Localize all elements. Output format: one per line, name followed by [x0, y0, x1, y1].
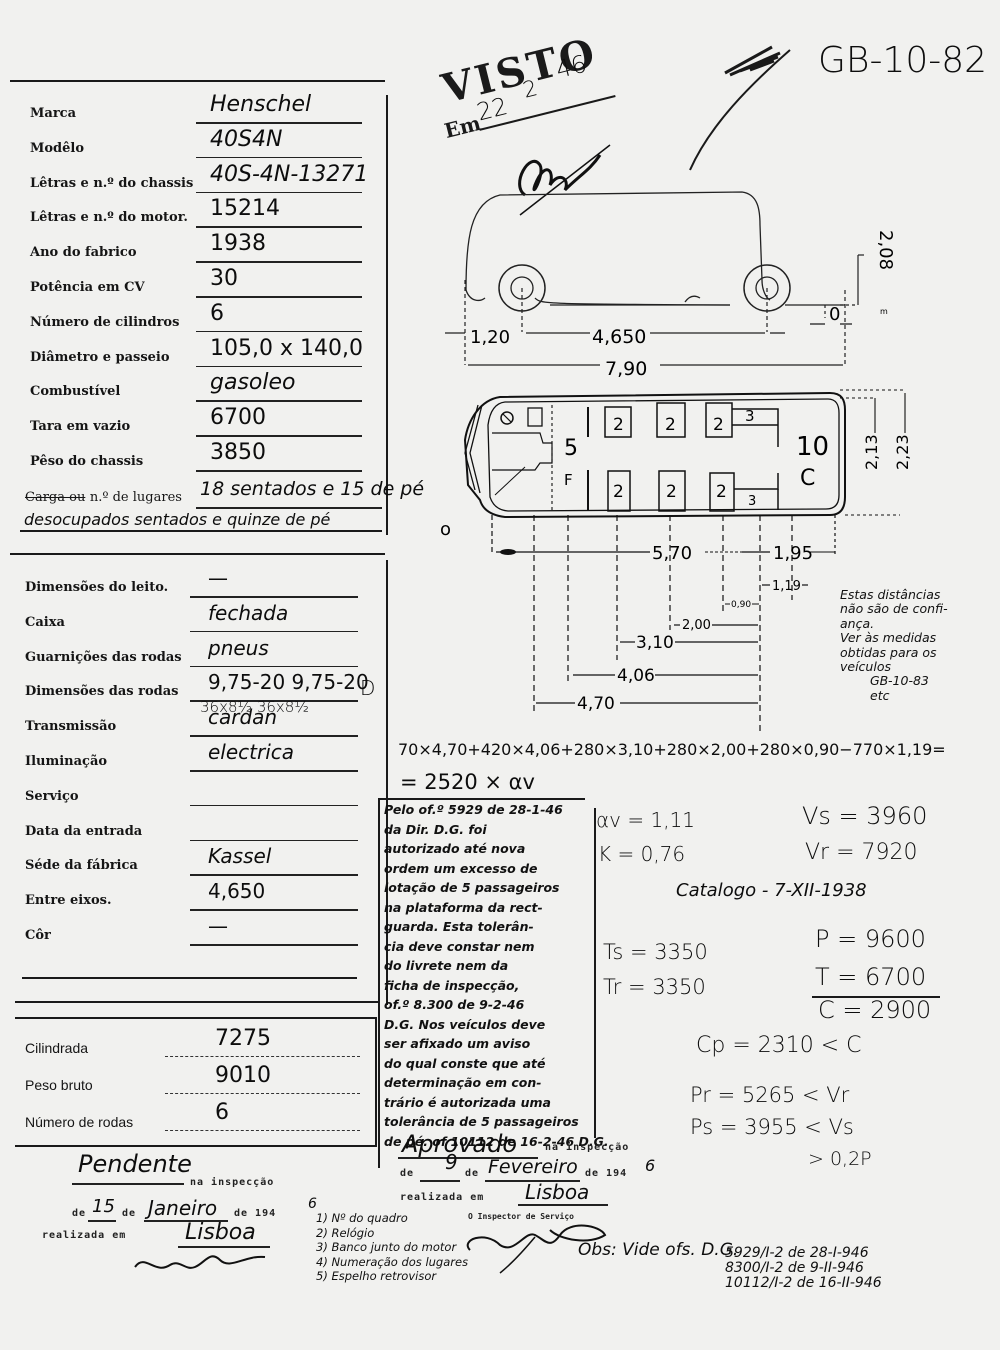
inspection-1-day: 15	[92, 1196, 115, 1217]
plan-front-sub: F	[564, 471, 573, 489]
side-note-line: Ver às medidas	[840, 631, 948, 645]
registration-code: GB-10-82	[818, 40, 987, 81]
form-field-label: Modêlo	[30, 141, 84, 156]
boxed-note-line: guarda. Esta tolerân-	[384, 917, 599, 937]
form-field-line	[165, 1093, 360, 1094]
form-field-label: Data da entrada	[25, 824, 142, 839]
calc-ts: Ts = 3350	[603, 940, 708, 964]
inspection-2-de-connector: de	[465, 1168, 479, 1179]
plan-dim-main: 5,70	[652, 543, 692, 564]
form-field-line	[190, 596, 358, 598]
section-3-top	[15, 1017, 375, 1019]
form-field-line	[190, 944, 358, 946]
boxed-note: Pelo of.º 5929 de 28-1-46da Dir. D.G. fo…	[384, 800, 599, 1151]
form-field-line	[190, 735, 358, 737]
form-field-line	[196, 261, 362, 263]
form-field-line	[196, 400, 362, 402]
form-field-value: 4,650	[208, 879, 265, 903]
form-field-value: 105,0 x 140,0	[210, 336, 363, 361]
side-note-line: obtidas para os	[840, 646, 948, 660]
plan-dim-3-10: 3,10	[636, 633, 674, 653]
boxed-note-line: ser afixado um aviso	[384, 1034, 599, 1054]
form-right-border-1	[386, 95, 388, 535]
calc-catalog: Catalogo - 7-XII-1938	[676, 880, 867, 901]
form-field-label: Séde da fábrica	[25, 858, 138, 873]
inspection-1-signature	[125, 1245, 275, 1285]
capacity-fill-line-2	[20, 530, 382, 532]
inspection-2-day: 9	[445, 1150, 458, 1174]
side-unit-mark: m	[880, 307, 888, 316]
plan-dim-2-00: 2,00	[682, 618, 711, 633]
form-field-line	[190, 840, 358, 842]
side-note-line: etc	[840, 689, 948, 703]
form-field-line	[196, 366, 362, 368]
form-field-line	[196, 435, 362, 437]
form-field-label: Caixa	[25, 615, 65, 630]
visto-em: Em	[442, 111, 483, 143]
calc-k: K = 0,76	[598, 842, 685, 866]
inspection-2-year-prefix: de 194	[585, 1168, 627, 1179]
observation-prefix: Obs: Vide ofs. D.G.	[578, 1240, 738, 1260]
inspection-2-day-line	[420, 1180, 460, 1182]
boxed-note-line: of.º 8.300 de 9-2-46	[384, 995, 599, 1015]
form-field-line	[196, 226, 362, 228]
form-field-label: Serviço	[25, 789, 79, 804]
boxed-note-line: tolerância de 5 passageiros	[384, 1112, 599, 1132]
observation-line: 10112/I-2 de 16-II-946	[725, 1276, 882, 1291]
form-field-line	[196, 157, 362, 159]
side-note-line: ança.	[840, 617, 948, 631]
section-3-bottom	[15, 1145, 377, 1147]
calc-pr: Pr = 5265 < Vr	[690, 1083, 849, 1107]
calc-ps: Ps = 3955 < Vs	[690, 1115, 854, 1139]
capacity-label-struck: Carga ou	[25, 490, 85, 505]
inspection-1-year-suffix: 6	[308, 1196, 317, 1212]
form-field-label: Potência em CV	[30, 280, 145, 295]
inspection-1-printed-text: na inspecção	[190, 1177, 274, 1188]
plan-seat-top-2: 2	[665, 415, 676, 435]
boxed-note-line: Pelo of.º 5929 de 28-1-46	[384, 800, 599, 820]
form-field-value: Henschel	[210, 92, 311, 117]
section-blank-line	[22, 977, 357, 979]
form-field-label: Dimensões do leito.	[25, 580, 168, 595]
inspection-1-place-label: realizada em	[42, 1230, 126, 1241]
form-field-value: —	[208, 914, 228, 938]
side-height-dim: 2,08	[875, 230, 896, 270]
form-field-value: 30	[210, 266, 238, 291]
side-note-line: não são de confi-	[840, 602, 948, 616]
boxed-note-line: do livrete nem da	[384, 956, 599, 976]
form-field-value: 40S4N	[210, 127, 282, 152]
form-field-mark: D	[360, 676, 375, 700]
inspection-1-result: Pendente	[78, 1150, 192, 1178]
form-field-label: Lêtras e n.º do motor.	[30, 210, 188, 225]
defect-item: 1) Nº do quadro	[316, 1212, 408, 1225]
form-field-label: Número de cilindros	[30, 315, 179, 330]
inspection-1-day-line	[88, 1220, 116, 1222]
form-field-label: Cilindrada	[25, 1040, 88, 1056]
plan-dim-1-19: 1,19	[772, 579, 801, 594]
form-field-value: —	[208, 566, 228, 590]
side-front-overhang-dim: 1,20	[470, 327, 510, 348]
form-field-line	[190, 805, 358, 807]
form-field-label: Guarnições das rodas	[25, 650, 182, 665]
plan-seat-bottom-3: 2	[716, 482, 727, 502]
side-note-line: Estas distâncias	[840, 588, 948, 602]
form-field-line	[190, 909, 358, 911]
boxed-note-line: cia deve constar nem	[384, 937, 599, 957]
boxed-note-line: autorizado até nova	[384, 839, 599, 859]
calc-vr: Vr = 7920	[805, 840, 918, 865]
inspection-2-place-label: realizada em	[400, 1192, 484, 1203]
form-field-line	[190, 874, 358, 876]
capacity-label-text: n.º de lugares	[90, 490, 182, 505]
form-field-value: 9010	[215, 1063, 271, 1088]
form-field-label: Ano do fabrico	[30, 245, 137, 260]
formula-line-1: 70×4,70+420×4,06+280×3,10+280×2,00+280×0…	[398, 740, 946, 759]
plan-dim-4-70: 4,70	[577, 694, 615, 714]
plan-front-label: 5	[564, 436, 578, 461]
boxed-note-line: ordem um excesso de	[384, 859, 599, 879]
plan-dim-0-90: 0,90	[731, 600, 751, 610]
plan-seat-top-4: 3	[745, 407, 755, 425]
form-field-line	[196, 122, 362, 124]
boxed-note-line: do qual conste que até	[384, 1054, 599, 1074]
inspection-2-place: Lisboa	[525, 1180, 589, 1204]
boxed-note-line: determinação em con-	[384, 1073, 599, 1093]
form-field-label: Côr	[25, 928, 51, 943]
inspection-2-year-suffix: 6	[645, 1156, 655, 1175]
form-field-value: 9,75-20 9,75-20	[208, 670, 369, 694]
form-field-line	[190, 770, 358, 772]
plan-seat-bottom-2: 2	[666, 482, 677, 502]
plan-width-inner: 2,13	[862, 434, 881, 470]
calc-ps-note: > 0,2P	[808, 1148, 872, 1170]
form-field-value: electrica	[208, 740, 294, 764]
calc-p: P = 9600	[815, 925, 926, 953]
capacity-label: Carga ou n.º de lugares	[25, 490, 182, 505]
calc-tr: Tr = 3350	[603, 975, 706, 999]
form-field-label: Número de rodas	[25, 1114, 133, 1130]
form-field-value: cardan	[208, 705, 277, 729]
boxed-note-line: trário é autorizada uma	[384, 1093, 599, 1113]
inspection-2-printed-text: na inspecção	[545, 1142, 629, 1153]
inspection-2-result: Aprovado	[402, 1130, 517, 1158]
observation-line: 5929/I-2 de 28-I-946	[725, 1246, 882, 1261]
form-field-value: Kassel	[208, 844, 271, 868]
section-divider-1	[10, 553, 385, 555]
boxed-note-left	[378, 798, 380, 1168]
defect-item: 3) Banco junto do motor	[316, 1241, 456, 1254]
inspection-1-month: Janeiro	[148, 1196, 217, 1220]
form-field-value: 1938	[210, 231, 266, 256]
form-field-label: Entre eixos.	[25, 893, 112, 908]
form-field-line	[196, 296, 362, 298]
form-field-value: 7275	[215, 1026, 271, 1051]
form-field-line	[190, 666, 358, 668]
inspection-2-place-line	[518, 1204, 608, 1206]
side-rear-marker: 0	[829, 304, 840, 325]
form-field-label: Transmissão	[25, 719, 116, 734]
plan-dim-rear: 1,95	[773, 543, 813, 564]
form-field-value: pneus	[208, 636, 269, 660]
side-wheelbase-dim: 4,650	[592, 326, 646, 348]
form-field-value: gasoleo	[210, 370, 295, 395]
calc-cp: Cp = 2310 < C	[696, 1033, 862, 1058]
plan-seat-bottom-1: 2	[613, 482, 624, 502]
form-field-value: 40S-4N-13271	[210, 162, 368, 187]
side-view-diagram: 2,08 1,20 4,650 0 7,90 m	[440, 180, 910, 390]
inspection-1-de-connector: de	[122, 1208, 136, 1219]
form-field-label: Peso bruto	[25, 1077, 93, 1093]
calc-t: T = 6700	[815, 963, 926, 991]
capacity-fill-line-1	[196, 507, 382, 509]
form-field-value: 3850	[210, 440, 266, 465]
inspection-1-de-label: de	[72, 1208, 86, 1219]
plan-seat-top-1: 2	[613, 415, 624, 435]
plan-left-mark: o	[440, 519, 451, 540]
form-field-line	[165, 1056, 360, 1057]
form-top-rule	[10, 80, 385, 82]
plan-width-outer: 2,23	[893, 434, 912, 470]
boxed-note-line: lotação de 5 passageiros	[384, 878, 599, 898]
form-field-label: Pêso do chassis	[30, 454, 143, 469]
plan-seat-bottom-4: 3	[748, 494, 756, 509]
capacity-value-1: 18 sentados e 15 de pé	[200, 478, 424, 500]
capacity-value-2: desocupados sentados e quinze de pé	[24, 510, 330, 529]
boxed-note-line: da Dir. D.G. foi	[384, 820, 599, 840]
form-field-label: Iluminação	[25, 754, 107, 769]
inspection-1-year-prefix: de 194	[234, 1208, 276, 1219]
plan-dim-4-06: 4,06	[617, 666, 655, 686]
calc-av: αv = 1,11	[596, 808, 695, 832]
side-note: Estas distânciasnão são de confi-ança.Ve…	[840, 588, 948, 703]
boxed-note-line: D.G. Nos veículos deve	[384, 1015, 599, 1035]
formula-line-2: = 2520 × αv	[400, 770, 535, 794]
side-note-line: veículos	[840, 660, 948, 674]
form-field-value: 15214	[210, 196, 280, 221]
observation-line: 8300/I-2 de 9-II-946	[725, 1261, 882, 1276]
inspection-2-de-label: de	[400, 1168, 414, 1179]
inspection-1-result-line	[72, 1183, 184, 1185]
boxed-note-line: ficha de inspecção,	[384, 976, 599, 996]
inspection-2-month: Fevereiro	[488, 1156, 578, 1178]
form-field-value: fechada	[208, 601, 288, 625]
section-3-right-border	[375, 1017, 377, 1147]
form-field-line	[165, 1130, 360, 1131]
form-field-value: 6700	[210, 405, 266, 430]
defect-item: 2) Relógio	[316, 1227, 374, 1240]
form-field-label: Marca	[30, 106, 76, 121]
section-divider-2	[15, 1001, 380, 1003]
calc-vs: Vs = 3960	[802, 802, 927, 830]
plan-rear-sub: C	[800, 466, 815, 491]
form-field-line	[196, 192, 362, 194]
form-field-line	[196, 470, 362, 472]
form-field-label: Combustível	[30, 384, 120, 399]
observation-lines: 5929/I-2 de 28-I-9468300/I-2 de 9-II-946…	[725, 1246, 882, 1291]
form-field-line	[190, 631, 358, 633]
form-field-line	[196, 331, 362, 333]
side-note-line: GB-10-83	[840, 674, 948, 688]
side-total-length-dim: 7,90	[605, 358, 647, 380]
form-field-value: 6	[210, 301, 224, 326]
boxed-note-line: na plataforma da rect-	[384, 898, 599, 918]
plan-rear-label: 10	[796, 432, 829, 462]
form-field-label: Dimensões das rodas	[25, 684, 179, 699]
inspection-1-place: Lisboa	[185, 1220, 256, 1245]
form-field-label: Tara em vazio	[30, 419, 130, 434]
form-field-value: 6	[215, 1100, 229, 1125]
plan-seat-top-3: 2	[713, 415, 724, 435]
defect-item: 5) Espelho retrovisor	[316, 1270, 436, 1283]
form-field-label: Lêtras e n.º do chassis	[30, 176, 193, 191]
form-field-label: Diâmetro e passeio	[30, 350, 170, 365]
calc-c: C = 2900	[818, 996, 931, 1024]
